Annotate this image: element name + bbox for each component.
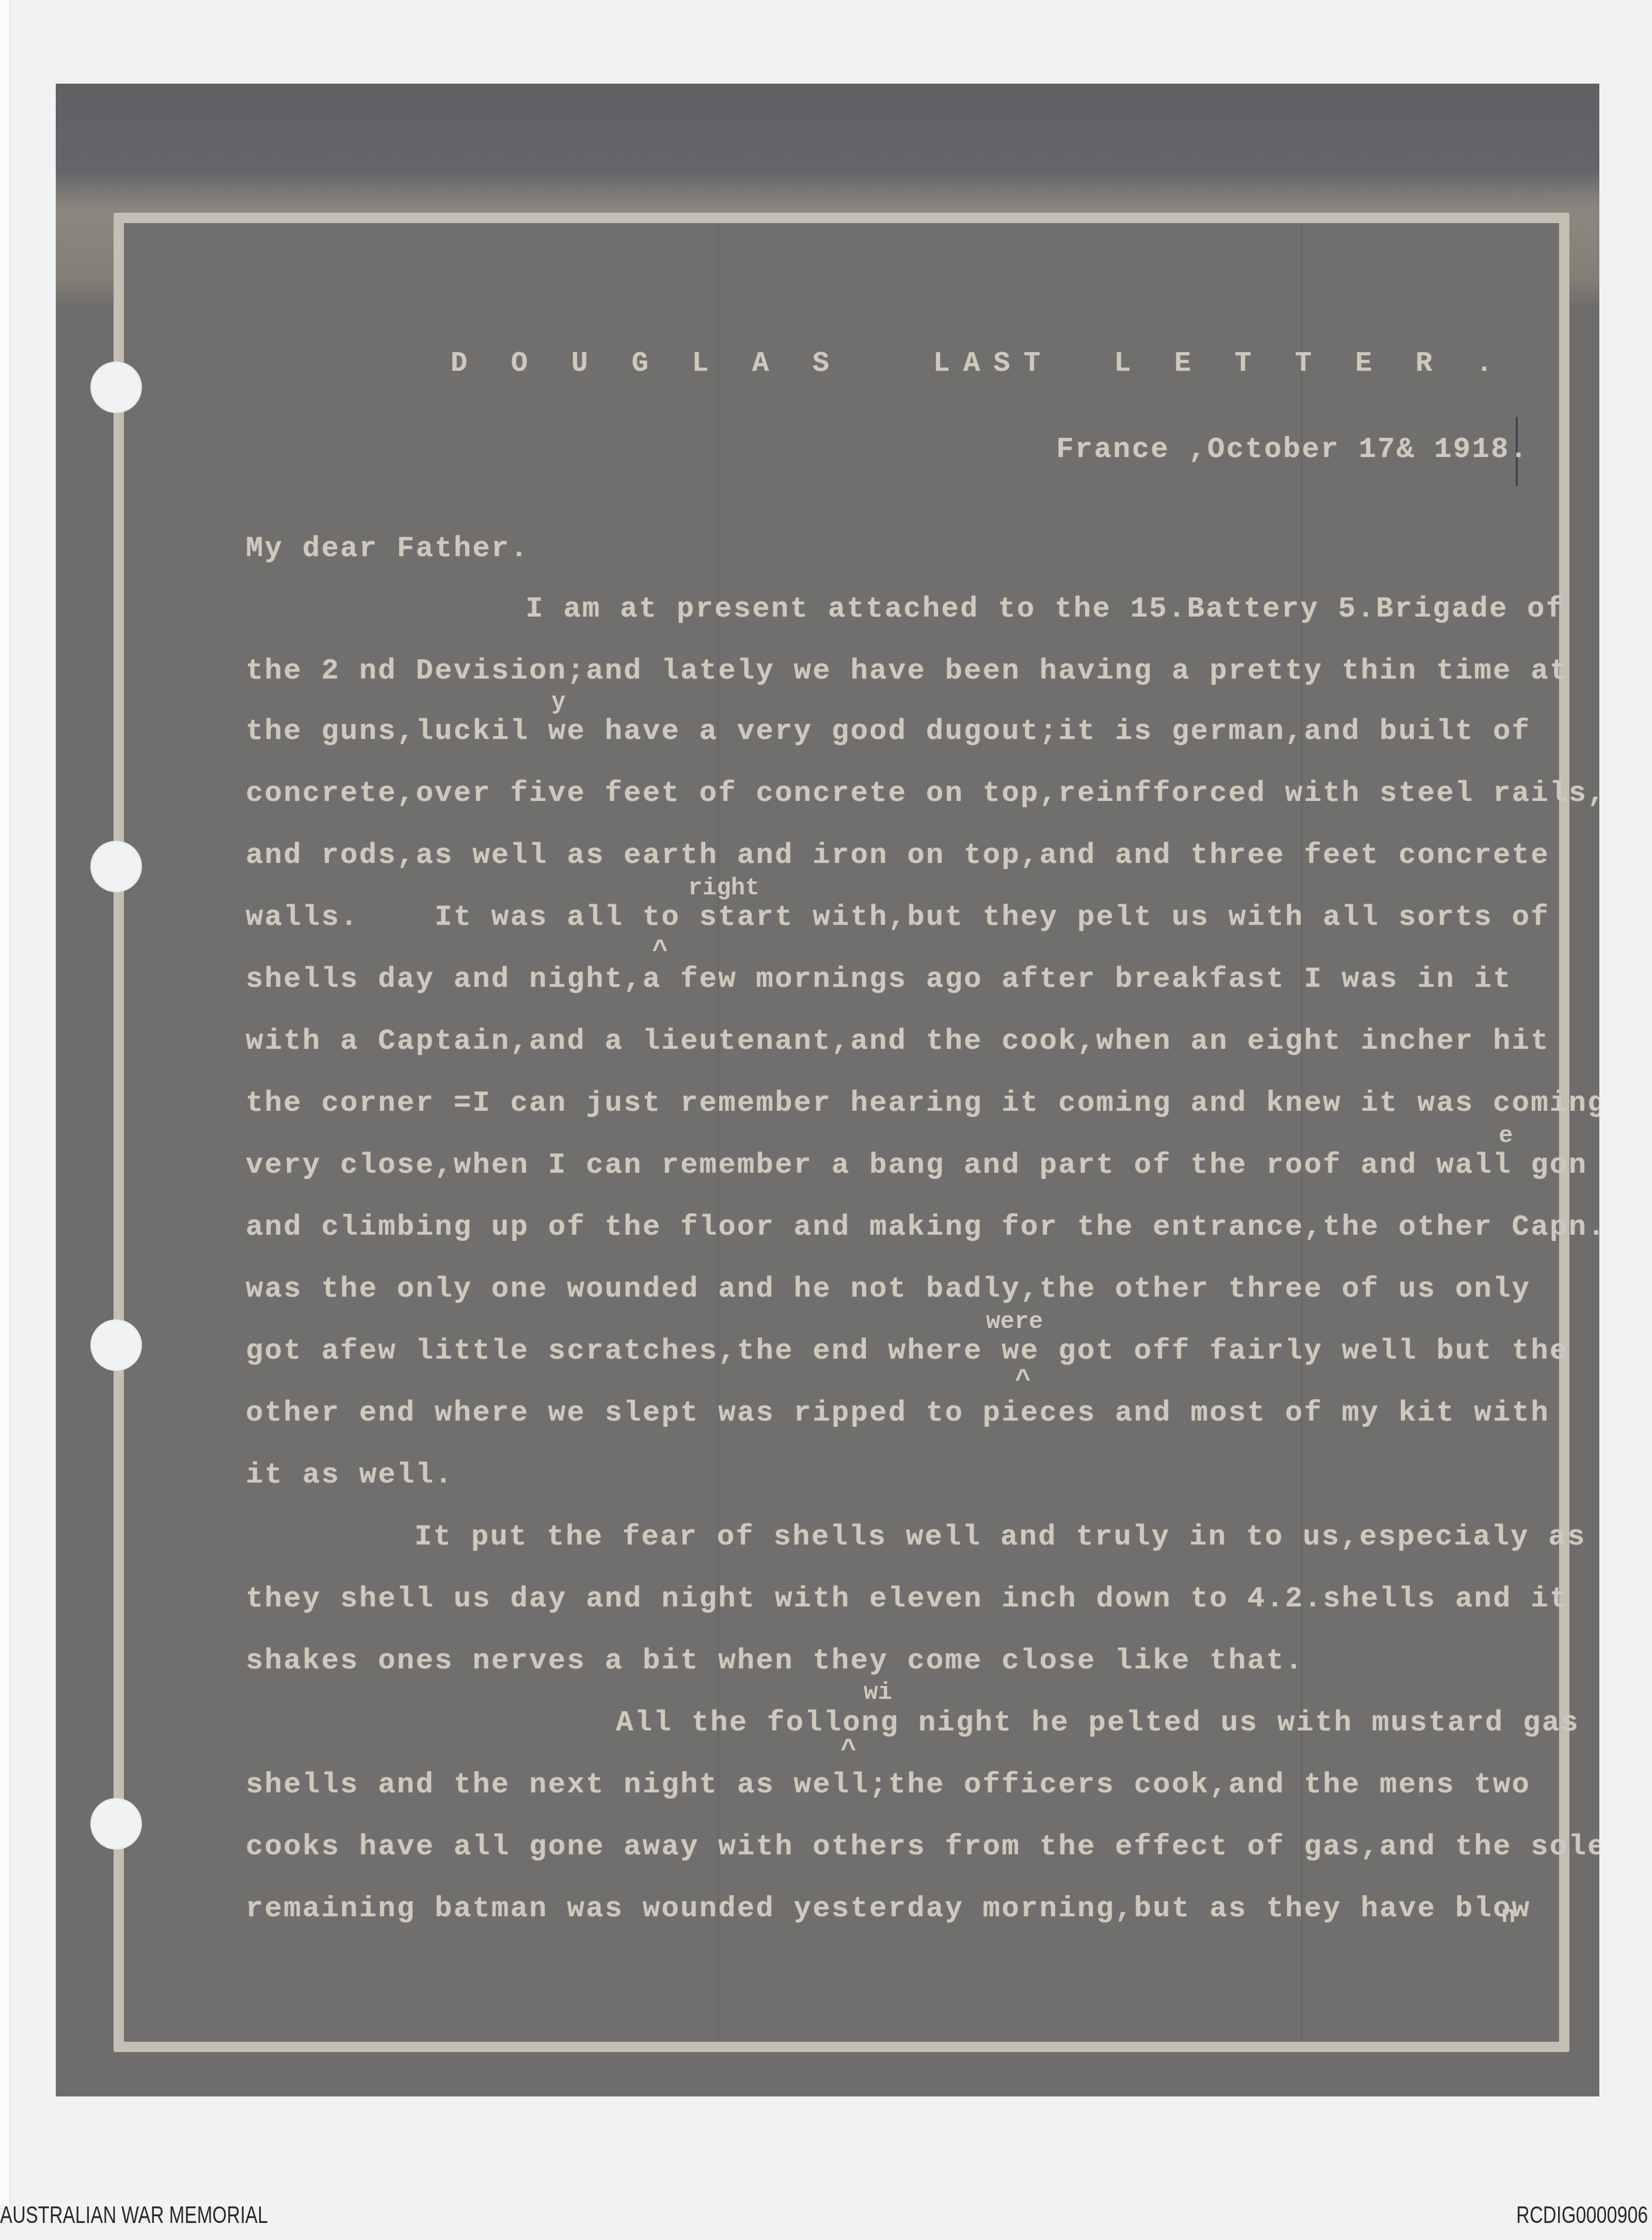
letter-line: and rods,as well as earth and iron on to… (246, 839, 1550, 872)
letter-line: it as well. (246, 1458, 454, 1491)
letter-line: the 2 nd Devision;and lately we have bee… (246, 654, 1568, 687)
letter-line: shells and the next night as well;the of… (246, 1768, 1531, 1801)
letter-line: remaining batman was wounded yesterday m… (246, 1892, 1531, 1925)
letter-title: D O U G L A S LAST L E T T E R . (451, 348, 1506, 380)
letter-salutation: My dear Father. (246, 532, 529, 565)
letter-photograph: D O U G L A S LAST L E T T E R . France … (56, 84, 1599, 2096)
letter-line: cooks have all gone away with others fro… (246, 1830, 1599, 1863)
scan-left-margin (0, 0, 10, 2205)
insertion-caret: ^ (652, 936, 668, 966)
handwritten-insertion: e (1499, 1123, 1513, 1149)
letter-line: other end where we slept was ripped to p… (246, 1396, 1550, 1429)
insertion-caret: ^ (1015, 1365, 1031, 1396)
footer-identifier: RCDIG0000906 (1516, 2201, 1648, 2229)
handwritten-insertion: n (1501, 1902, 1516, 1929)
punch-hole (90, 1319, 142, 1371)
punch-hole (90, 841, 142, 892)
handwritten-insertion: y (551, 689, 566, 716)
letter-line: It put the fear of shells well and truly… (415, 1520, 1586, 1553)
handwritten-insertion: were (986, 1308, 1043, 1335)
letter-line: concrete,over five feet of concrete on t… (246, 777, 1599, 810)
letter-line: got afew little scratches,the end where … (246, 1334, 1568, 1367)
footer-institution: AUSTRALIAN WAR MEMORIAL (0, 2201, 268, 2229)
handwritten-insertion: wi (864, 1679, 892, 1706)
punch-hole (90, 1798, 142, 1850)
letter-line: was the only one wounded and he not badl… (246, 1272, 1531, 1305)
letter-line: shells day and night,a few mornings ago … (246, 963, 1512, 996)
insertion-caret: ^ (840, 1735, 856, 1765)
letter-line: and climbing up of the floor and making … (246, 1210, 1599, 1243)
letter-line: I am at present attached to the 15.Batte… (526, 592, 1565, 625)
letter-line: the guns,luckil we have a very good dugo… (246, 715, 1531, 748)
punch-hole (90, 361, 142, 413)
letter-line: with a Captain,and a lieutenant,and the … (246, 1024, 1550, 1058)
letter-dateline: France ,October 17& 1918. (1056, 433, 1529, 466)
handwritten-insertion: right (688, 875, 759, 902)
letter-line: shakes ones nerves a bit when they come … (246, 1644, 1304, 1677)
letter-line: very close,when I can remember a bang an… (246, 1148, 1587, 1181)
letter-line: All the follong night he pelted us with … (616, 1706, 1580, 1739)
letter-line: they shell us day and night with eleven … (246, 1582, 1568, 1615)
letter-line: the corner =I can just remember hearing … (246, 1086, 1599, 1119)
letter-line: walls. It was all to start with,but they… (246, 901, 1550, 934)
